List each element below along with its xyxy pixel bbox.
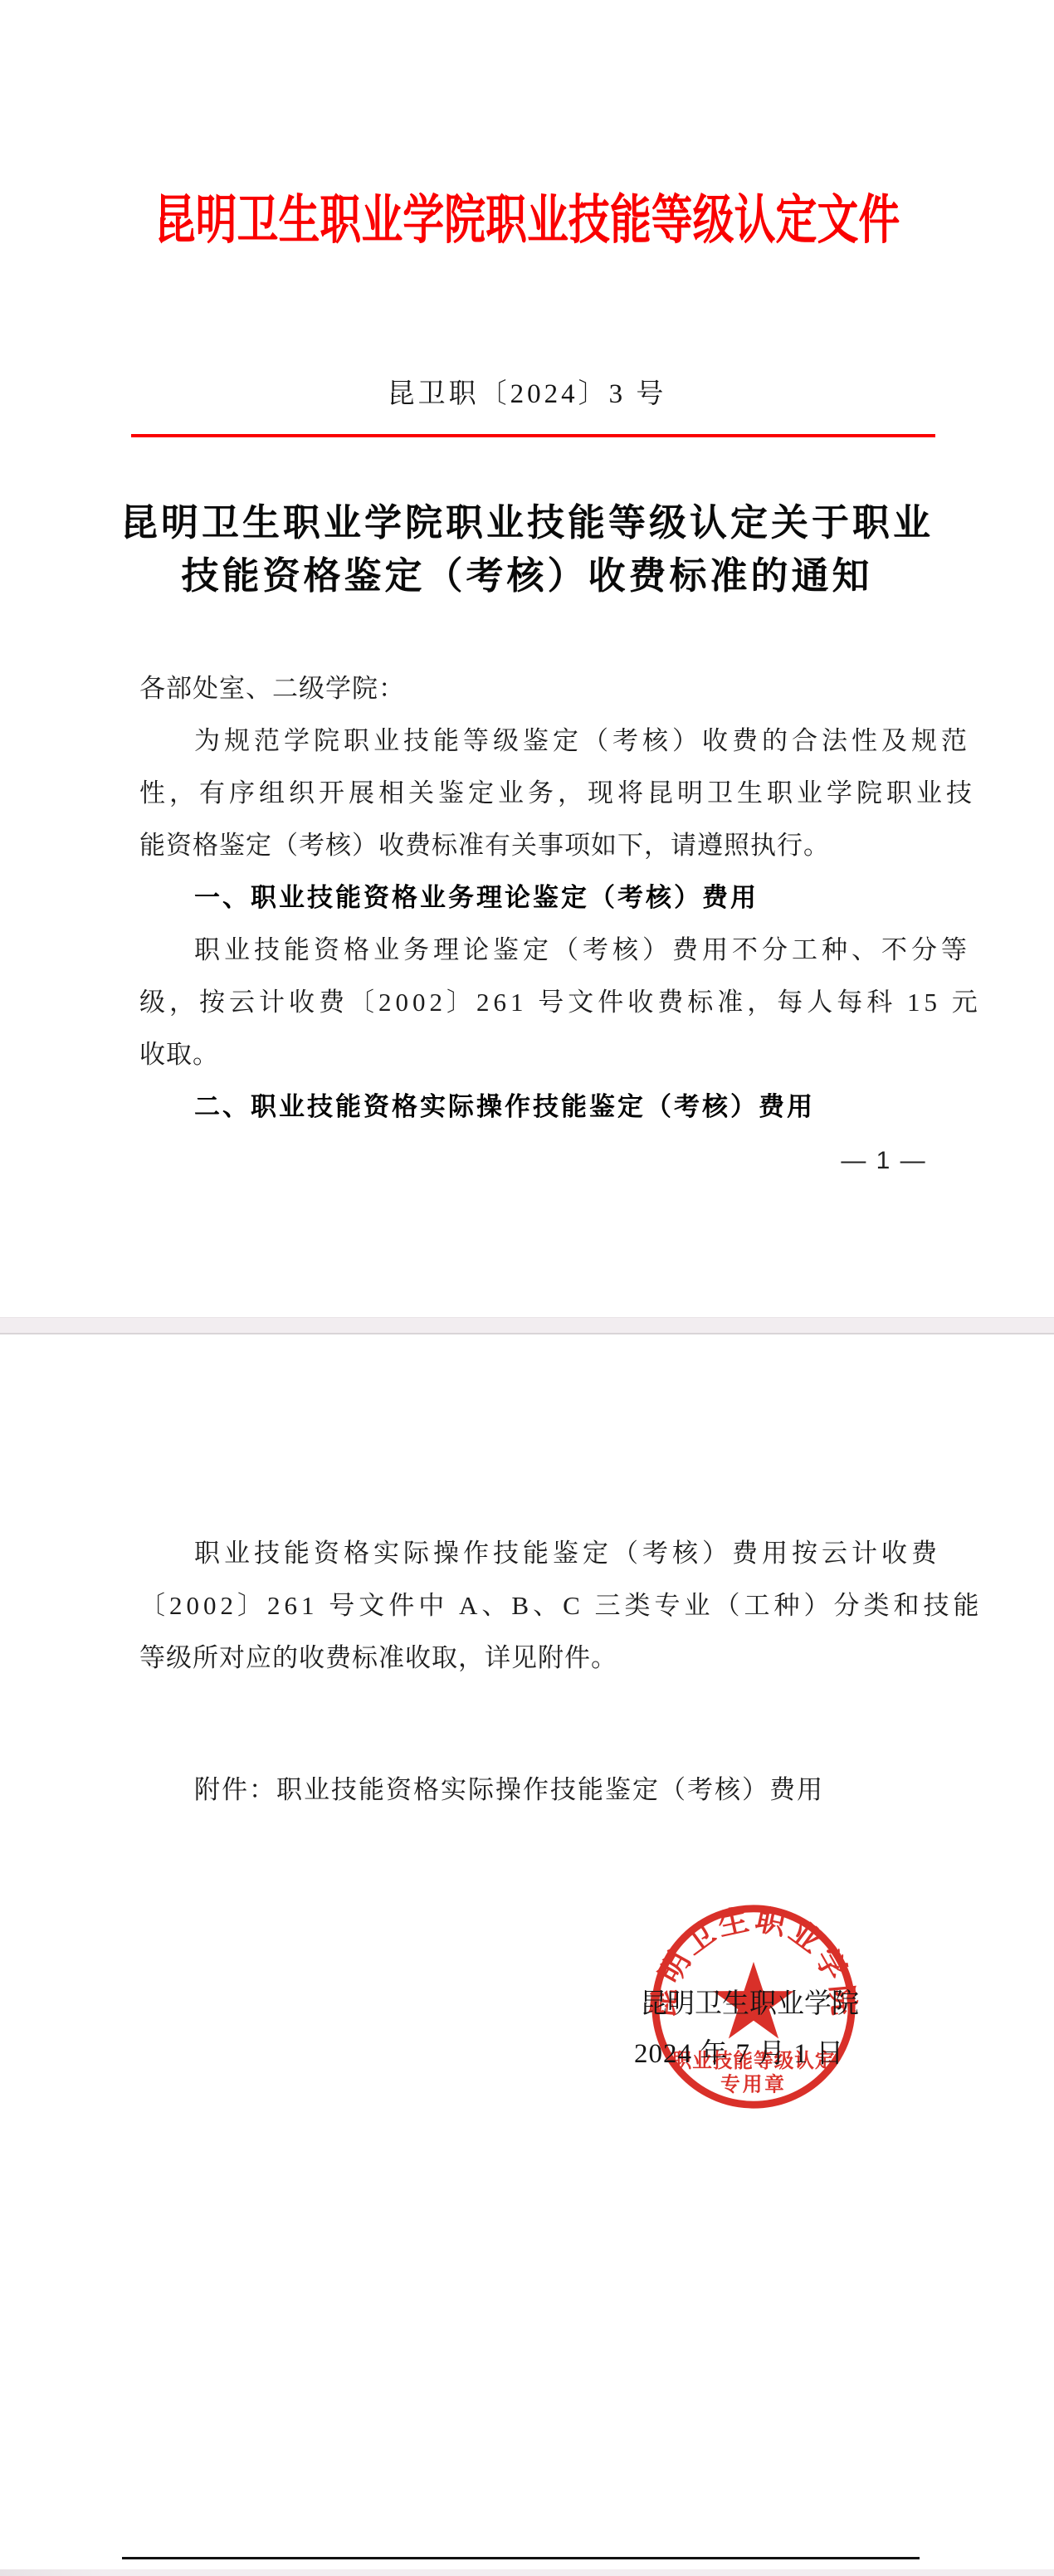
page-number: — 1 — — [830, 1147, 938, 1175]
issue-date: 2024 年 7 月 1 日 — [634, 2032, 844, 2071]
attachment-reference: 附件：职业技能资格实际操作技能鉴定（考核）费用 — [139, 1764, 957, 1816]
red-letterhead: 昆明卫生职业学院职业技能等级认定文件 — [0, 178, 1054, 254]
issuer-signature: 昆明卫生职业学院 — [640, 1982, 859, 2021]
page1-body-text: 各部处室、二级学院： 为规范学院职业技能等级鉴定（考核）收费的合法性及规范 性，… — [139, 662, 957, 1133]
red-divider-line — [131, 434, 935, 437]
document-page-2: 职业技能资格实际操作技能鉴定（考核）费用按云计收费 〔2002〕261 号文件中… — [0, 1334, 1054, 2569]
paragraph-line: 级，按云计收费〔2002〕261 号文件收费标准，每人每科 15 元 — [139, 976, 957, 1028]
paragraph-line: 为规范学院职业技能等级鉴定（考核）收费的合法性及规范 — [139, 715, 957, 767]
paragraph-line: 〔2002〕261 号文件中 A、B、C 三类专业（工种）分类和技能 — [139, 1579, 957, 1632]
paragraph-line: 收取。 — [139, 1028, 957, 1081]
page-separator — [0, 1317, 1054, 1334]
section-heading-1: 一、职业技能资格业务理论鉴定（考核）费用 — [139, 871, 957, 924]
notice-title-line2: 技能资格鉴定（考核）收费标准的通知 — [0, 549, 1054, 603]
seal-inner-text-2: 专用章 — [720, 2072, 787, 2095]
page2-body-text: 职业技能资格实际操作技能鉴定（考核）费用按云计收费 〔2002〕261 号文件中… — [139, 1527, 957, 1684]
document-viewer: { "page1": { "header_title": "昆明卫生职业学院职业… — [0, 0, 1054, 2576]
letterhead-title: 昆明卫生职业学院职业技能等级认定文件 — [154, 178, 900, 254]
document-number: 昆卫职〔2024〕3 号 — [0, 372, 1054, 411]
paragraph-line: 等级所对应的收费标准收取，详见附件。 — [139, 1632, 957, 1684]
section-heading-2: 二、职业技能资格实际操作技能鉴定（考核）费用 — [139, 1081, 957, 1133]
next-page-edge — [0, 2569, 1054, 2576]
notice-title: 昆明卫生职业学院职业技能等级认定关于职业 技能资格鉴定（考核）收费标准的通知 — [0, 496, 1054, 603]
colophon-divider-line — [122, 2557, 920, 2559]
document-page-1: 昆明卫生职业学院职业技能等级认定文件 昆卫职〔2024〕3 号 昆明卫生职业学院… — [0, 0, 1054, 1317]
paragraph-line: 性，有序组织开展相关鉴定业务，现将昆明卫生职业学院职业技 — [139, 767, 957, 819]
paragraph-line: 能资格鉴定（考核）收费标准有关事项如下，请遵照执行。 — [139, 819, 957, 871]
salutation: 各部处室、二级学院： — [139, 662, 957, 715]
paragraph-line: 职业技能资格实际操作技能鉴定（考核）费用按云计收费 — [139, 1527, 957, 1579]
notice-title-line1: 昆明卫生职业学院职业技能等级认定关于职业 — [0, 496, 1054, 549]
paragraph-line: 职业技能资格业务理论鉴定（考核）费用不分工种、不分等 — [139, 924, 957, 976]
